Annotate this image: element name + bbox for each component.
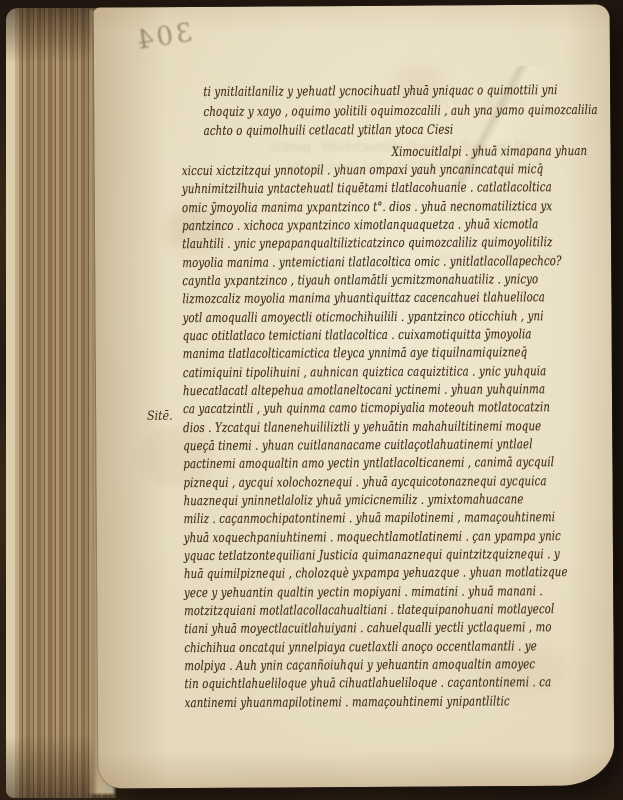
manuscript-line: yhuā xoquechpaniuhtinemi . moquechtlamot… [184,528,512,548]
manuscript-line: molpiya . Auh ynin caçanñoiuhqui y yehua… [184,657,512,677]
manuscript-line: miliz . caçanmochipatontinemi . yhuā map… [184,510,512,530]
manuscript-line: dios . Yzcatqui tlanenehuililiztli y yeh… [183,418,511,438]
manuscript-line: chichihua oncatqui ynnelpiaya cuetlaxtli… [184,638,512,658]
photo-backdrop: { "document": { "folio_number_showthroug… [0,0,623,800]
manuscript-line: omic ȳmoyolia manima yxpantzinco t°. dio… [182,198,510,218]
manuscript-line: quac otitlatlaco temictiani tlatlacoltic… [183,326,511,346]
manuscript-line: lizmozcaliz moyolia manima yhuantiquitta… [182,290,510,310]
manuscript-line: motzitzquiani motlatlacollacahualtiani .… [184,601,512,621]
manuscript-line: tin oquichtlahueliloque yhuā cihuatlahue… [184,675,512,695]
manuscript-line: queçā tinemi . yhuan cuitlananacame cuit… [183,436,511,456]
manuscript-line: piznequi , aycqui xolochoznequi . yhuā a… [183,473,511,493]
manuscript-line: Ximocuitlalpi . yhuā ximapana yhuan [392,143,556,162]
manuscript-line: ca yacatzintli , yuh quinma camo ticmopi… [183,400,511,420]
manuscript-line: huecatlacatl altepehua amotlaneltocani y… [183,381,511,401]
manuscript-line: pantzinco . xichoca yxpantzinco ximotlan… [182,216,510,236]
manuscript-line: choquiz y xayo , oquimo yolitili oquimoz… [203,101,514,122]
manuscript-line: ti ynitlaitlaniliz y yehuatl ycnocihuatl… [203,81,514,102]
manuscript-line: huā quimilpiznequi , cholozquè yxpampa y… [184,565,512,585]
manuscript-line: huaznequi yninnetlaloliz yhuā ymicicnemi… [184,491,512,511]
manuscript-line: cayntla yxpantzinco , tiyauh ontlamātli … [182,271,510,291]
manuscript-line: yece y yehuantin qualtin yectin mopiyani… [184,583,512,603]
manuscript-line: tiani yhuā moyectlacuitlahuiyani . cahue… [184,620,512,640]
margin-note: Sitē. [147,409,173,424]
manuscript-line: moyolia manima . yntemictiani tlatlacolt… [182,253,510,273]
manuscript-text: ti ynitlaitlaniliz y yehuatl ycnocihuatl… [181,81,604,713]
manuscript-line: xantinemi yhuanmapilotinemi . mamaçouhti… [185,693,513,713]
manuscript-line: tlauhtili . ynic ynepapanqualtilizticatz… [182,235,510,255]
manuscript-line: yuhnimitzilhuia yntactehuatl tiquētami t… [182,180,510,200]
manuscript-line: pactinemi amoqualtin amo yectin yntlatla… [183,455,511,475]
manuscript-line: yquac tetlatzontequiliani Justicia quima… [184,546,512,566]
manuscript-line: catimiquini tipolihuini , auhnican quizt… [183,363,511,383]
manuscript-line: achto o quimolhuili cetlacatl ytitlan yt… [204,120,515,141]
manuscript-line: manima tlatlacolticamictica tleyca ynnim… [183,345,511,365]
manuscript-line: xiccui xictzitzqui ynnotopil . yhuan omp… [182,161,510,181]
manuscript-line: yotl amoqualli amoyectli oticmochihuilil… [183,308,511,328]
